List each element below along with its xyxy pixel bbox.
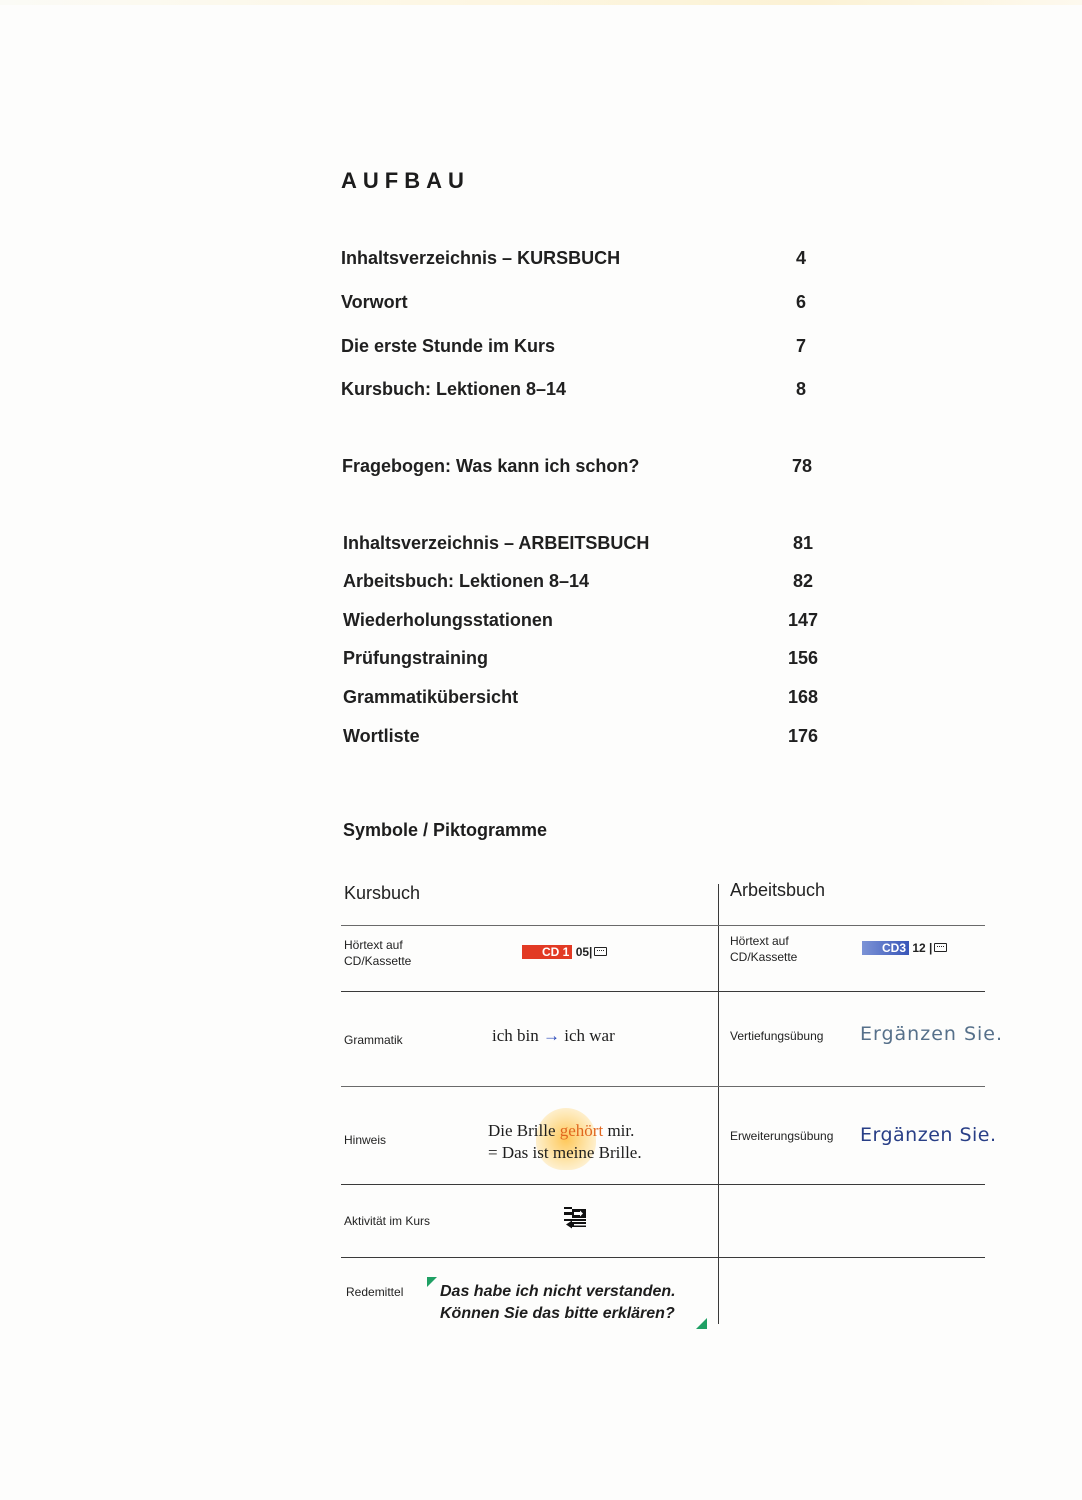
toc-entry-page: 6: [771, 292, 831, 313]
hinweis-example: Die Brille gehört mir. = Das ist meine B…: [488, 1120, 642, 1164]
arbeitsbuch-heading: Arbeitsbuch: [730, 880, 825, 901]
toc-entry-page: 78: [772, 456, 832, 477]
toc-entry-label: Wortliste: [343, 726, 420, 747]
cd-badge: CD 1: [522, 945, 572, 959]
quote-close-marker-icon: [696, 1318, 707, 1329]
toc-entry-label: Kursbuch: Lektionen 8–14: [341, 379, 566, 400]
cd-badge: CD3: [862, 941, 909, 955]
page-title: AUFBAU: [341, 168, 470, 194]
vertiefung-label: Vertiefungsübung: [730, 1028, 823, 1044]
aktivitaet-label: Aktivität im Kurs: [344, 1213, 430, 1229]
arrow-right-icon: →: [543, 1026, 560, 1045]
symbols-title: Symbole / Piktogramme: [343, 820, 547, 841]
toc-entry-page: 7: [771, 336, 831, 357]
hinweis-label: Hinweis: [344, 1132, 386, 1148]
kursbuch-heading: Kursbuch: [344, 883, 420, 904]
toc-entry-page: 168: [773, 687, 833, 708]
toc-entry-page: 147: [773, 610, 833, 631]
toc-entry-page: 82: [773, 571, 833, 592]
toc-entry-label: Grammatikübersicht: [343, 687, 518, 708]
toc-entry-page: 81: [773, 533, 833, 554]
toc-entry-label: Wiederholungsstationen: [343, 610, 553, 631]
cassette-icon: [934, 943, 947, 952]
toc-entry-label: Inhaltsverzeichnis – ARBEITSBUCH: [343, 533, 649, 554]
exchange-arrows-icon: [562, 1205, 588, 1231]
row-divider: [341, 991, 985, 992]
hoertext-label-arbeitsbuch: Hörtext auf CD/Kassette: [730, 933, 797, 965]
toc-entry-label: Arbeitsbuch: Lektionen 8–14: [343, 571, 589, 592]
quote-open-marker-icon: [427, 1277, 437, 1287]
redemittel-label: Redemittel: [346, 1284, 403, 1300]
grammatik-example: ich bin → ich war: [492, 1026, 615, 1046]
toc-entry-label: Inhaltsverzeichnis – KURSBUCH: [341, 248, 620, 269]
toc-entry-label: Vorwort: [341, 292, 408, 313]
track-number: 12 |: [909, 941, 932, 955]
cassette-icon: [594, 947, 607, 956]
hoertext-label-kursbuch: Hörtext auf CD/Kassette: [344, 937, 411, 969]
row-divider: [341, 1086, 985, 1087]
cd-track-arbeitsbuch: CD3 12 |: [862, 939, 947, 957]
erweiterung-example: Ergänzen Sie.: [860, 1124, 997, 1146]
erweiterung-label: Erweiterungsübung: [730, 1128, 833, 1144]
row-divider: [341, 925, 985, 926]
grammatik-label: Grammatik: [344, 1032, 403, 1048]
toc-entry-page: 176: [773, 726, 833, 747]
row-divider: [341, 1184, 985, 1185]
toc-entry-label: Prüfungstraining: [343, 648, 488, 669]
toc-entry-label: Fragebogen: Was kann ich schon?: [342, 456, 639, 477]
vertiefung-example: Ergänzen Sie.: [860, 1023, 1003, 1045]
toc-entry-page: 8: [771, 379, 831, 400]
toc-entry-page: 156: [773, 648, 833, 669]
page-edge: [0, 0, 1082, 5]
track-number: 05|: [572, 945, 592, 959]
toc-entry-label: Die erste Stunde im Kurs: [341, 336, 555, 357]
redemittel-example: Das habe ich nicht verstanden. Können Si…: [440, 1281, 676, 1325]
column-divider: [718, 884, 719, 1324]
cd-track-kursbuch: CD 1 05|: [522, 943, 607, 961]
toc-entry-page: 4: [771, 248, 831, 269]
row-divider: [341, 1257, 985, 1258]
